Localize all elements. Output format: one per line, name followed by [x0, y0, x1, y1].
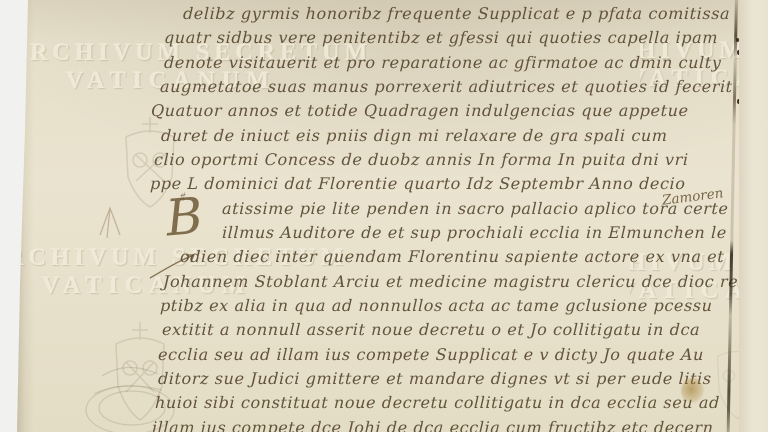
ink-stain — [681, 378, 704, 403]
manuscript-text-line: illmus Auditore de et sup prochiali eccl… — [222, 222, 728, 244]
manuscript-text-line: odien diec inter quendam Florentinu sapi… — [180, 246, 725, 268]
manuscript-text-line: ditorz sue Judici gmittere et mandare di… — [158, 368, 712, 390]
parchment-page: ARCHIVUM SECRETUM VATICANUM ARCHIVUM SEC… — [0, 0, 768, 432]
manuscript-text-line: duret de iniuct eis pniis dign mi relaxa… — [161, 125, 668, 147]
manuscript-text-line: ptibz ex alia in qua ad nonnullos acta a… — [160, 295, 713, 317]
adjacent-folio-edge — [739, 0, 768, 432]
manuscript-text-line: Quatuor annos et totide Quadragen indulg… — [151, 100, 689, 122]
manuscript-text-line: illam ius compete dce Johi de dca ecclia… — [152, 417, 714, 432]
manuscript-text-line: atissime pie lite penden in sacro pallac… — [222, 198, 729, 220]
manuscript-text-line: quatr sidbus vere penitentibz et gfessi … — [164, 27, 719, 49]
drop-cap-initial: B — [164, 190, 205, 243]
manuscript-text-line: denote visitauerit et pro reparatione ac… — [164, 52, 722, 74]
manuscript-text-line: huioi sibi constituat noue decretu colli… — [155, 392, 721, 414]
margin-triangle-mark — [96, 205, 124, 239]
manuscript-text-line: augmetatoe suas manus porrexerit adiutri… — [160, 76, 734, 98]
manuscript-text-line: delibz gyrmis honoribz frequente Supplic… — [183, 3, 731, 25]
manuscript-text-line: Johannem Stoblant Arciu et medicine magi… — [163, 271, 750, 293]
manuscript-text-line: clio oportmi Concess de duobz annis In f… — [154, 149, 689, 171]
manuscript-text-line: ppe L dominici dat Florentie quarto Idz … — [150, 173, 686, 195]
manuscript-text-line: extitit a nonnull asserit noue decretu o… — [162, 319, 701, 341]
manuscript-text-line: ecclia seu ad illam ius compete Supplica… — [158, 344, 705, 366]
manuscript-scan: ARCHIVUM SECRETUM VATICANUM ARCHIVUM SEC… — [0, 0, 768, 432]
